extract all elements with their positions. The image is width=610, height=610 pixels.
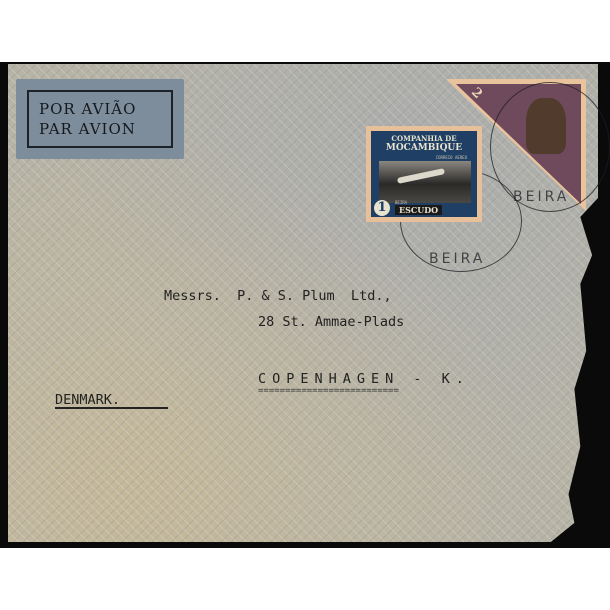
street-line: 28 St. Ammae-Plads xyxy=(258,314,404,330)
airmail-label: POR AVIÃO PAR AVION xyxy=(16,79,184,159)
airmail-label-portuguese: POR AVIÃO xyxy=(39,99,171,119)
stamp-subtitle: CORREIO AEREO xyxy=(436,155,467,160)
stamp-issuer-line2: MOCAMBIQUE xyxy=(371,143,477,153)
city-underline: ========================== xyxy=(258,386,399,396)
stamp-triangle-value: 2 xyxy=(468,85,485,102)
stamp-escudo: COMPANHIA DE MOCAMBIQUE CORREIO AEREO BE… xyxy=(366,126,482,222)
country-underline xyxy=(55,407,168,409)
stamp-escudo-frame: COMPANHIA DE MOCAMBIQUE CORREIO AEREO BE… xyxy=(371,131,477,217)
stamp-currency: ESCUDO xyxy=(395,205,442,215)
airmail-label-french: PAR AVION xyxy=(39,119,171,139)
stamp-value: 1 xyxy=(374,200,390,216)
postmark-text: BEIRA xyxy=(429,251,485,267)
stamp-issuer-line1: COMPANHIA DE xyxy=(371,134,477,143)
postmark-text: BEIRA xyxy=(513,189,569,205)
addressee-line: Messrs. P. & S. Plum Ltd., xyxy=(164,288,392,304)
airmail-label-border: POR AVIÃO PAR AVION xyxy=(27,90,173,148)
airplane-icon xyxy=(397,168,445,184)
postmark-beira-upper: BEIRA xyxy=(490,82,610,212)
stamp-airplane-picture xyxy=(379,161,471,203)
city-line: COPENHAGEN - K. xyxy=(258,371,470,387)
country-line: DENMARK. xyxy=(55,392,120,408)
